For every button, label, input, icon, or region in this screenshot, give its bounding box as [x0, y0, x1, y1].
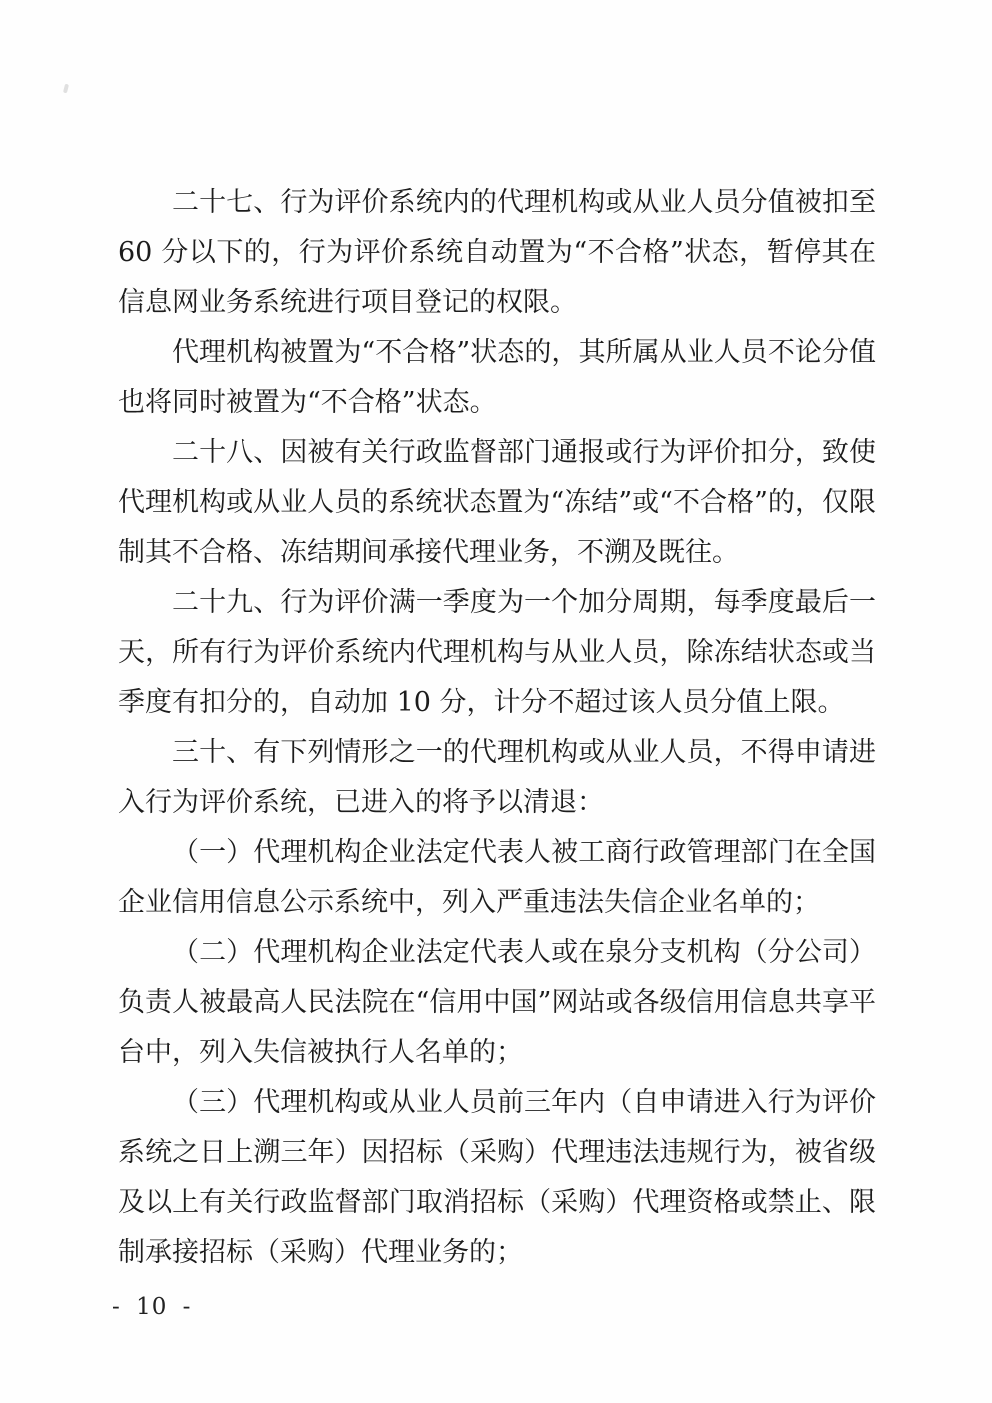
page-number: - 10 - [112, 1294, 191, 1320]
paragraph-clause-28: 二十八、因被有关行政监督部门通报或行为评价扣分，致使代理机构或从业人员的系统状态… [118, 428, 876, 578]
paragraph-item-2: （二）代理机构企业法定代表人或在泉分支机构（分公司）负责人被最高人民法院在“信用… [118, 928, 876, 1078]
paragraph-clause-30: 三十、有下列情形之一的代理机构或从业人员，不得申请进入行为评价系统，已进入的将予… [118, 728, 876, 828]
page-footer: - 10 - [112, 1293, 191, 1321]
paragraph-item-3: （三）代理机构或从业人员前三年内（自申请进入行为评价系统之日上溯三年）因招标（采… [118, 1078, 876, 1278]
paragraph-clause-29: 二十九、行为评价满一季度为一个加分周期，每季度最后一天，所有行为评价系统内代理机… [118, 578, 876, 728]
document-body: 二十七、行为评价系统内的代理机构或从业人员分值被扣至 60 分以下的，行为评价系… [118, 178, 876, 1278]
document-page: 二十七、行为评价系统内的代理机构或从业人员分值被扣至 60 分以下的，行为评价系… [0, 0, 992, 1403]
paragraph-clause-27-cont: 代理机构被置为“不合格”状态的，其所属从业人员不论分值也将同时被置为“不合格”状… [118, 328, 876, 428]
paragraph-item-1: （一）代理机构企业法定代表人被工商行政管理部门在全国企业信用信息公示系统中，列入… [118, 828, 876, 928]
scan-speck-artifact [63, 84, 69, 94]
paragraph-clause-27: 二十七、行为评价系统内的代理机构或从业人员分值被扣至 60 分以下的，行为评价系… [118, 178, 876, 328]
